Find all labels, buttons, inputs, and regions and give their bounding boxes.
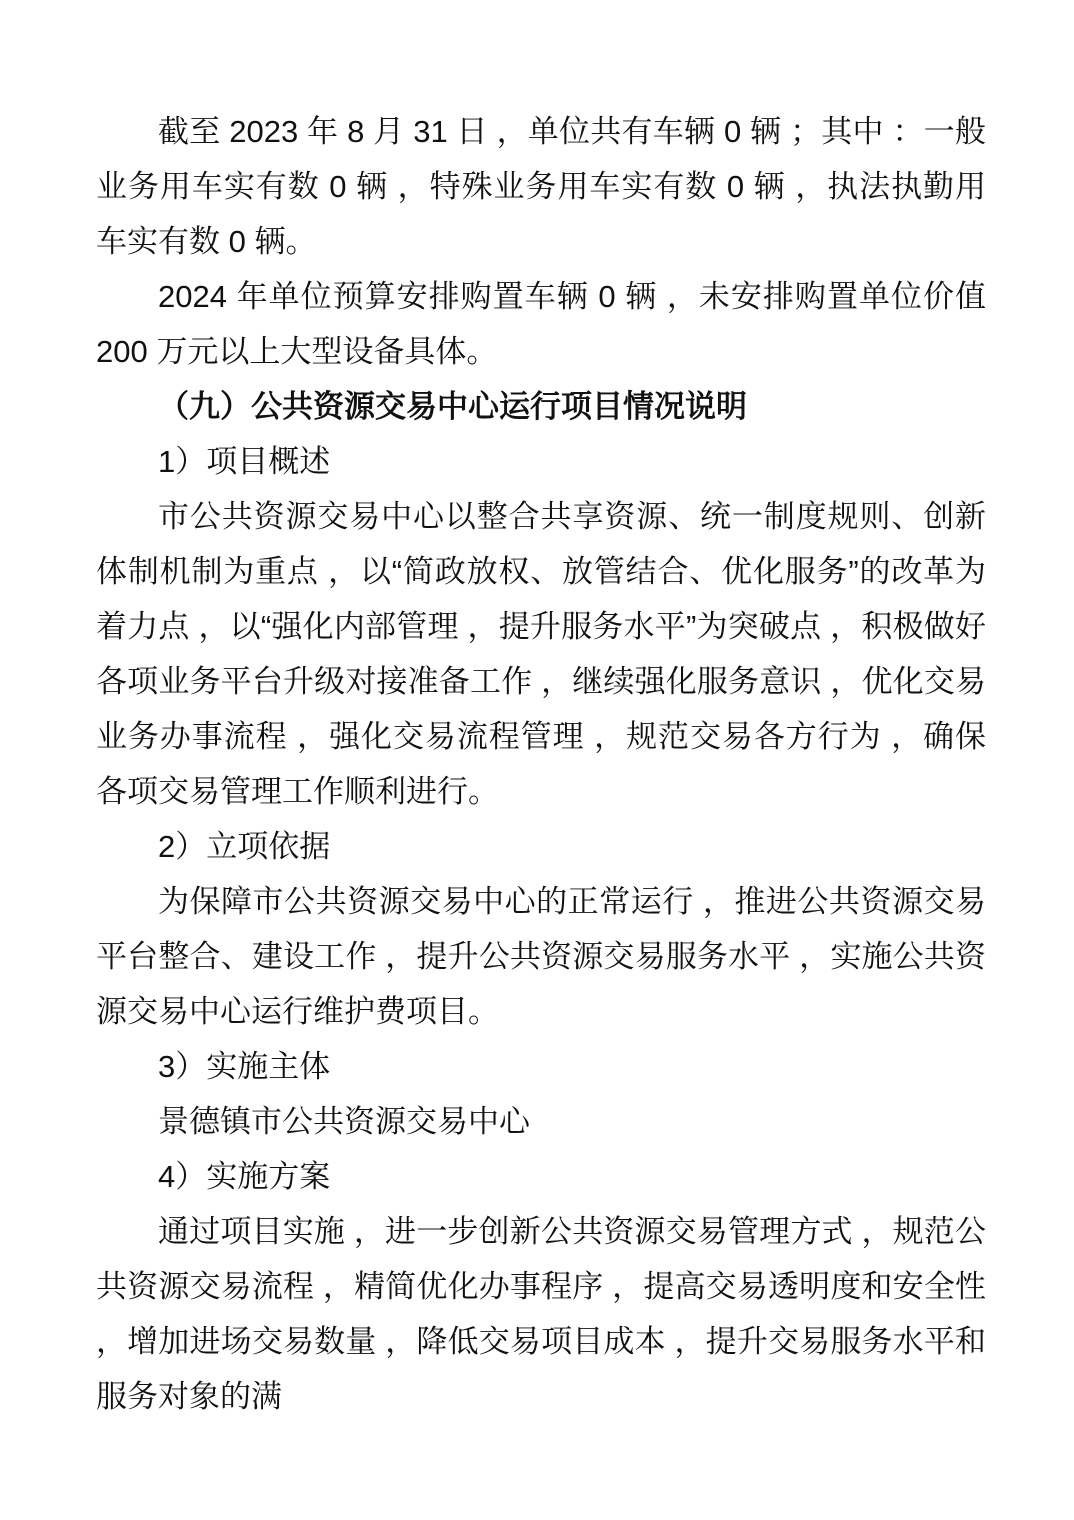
- paragraph-implementing-entity: 景德镇市公共资源交易中心: [96, 1094, 986, 1149]
- paragraph-implementation-plan: 通过项目实施 ，进一步创新公共资源交易管理方式 ，规范公共资源交易流程 ，精简优…: [96, 1204, 986, 1424]
- subheading-1-project-overview: 1）项目概述: [96, 434, 986, 489]
- section-heading-9: （九）公共资源交易中心运行项目情况说明: [96, 379, 986, 434]
- paragraph-vehicle-budget: 2024 年单位预算安排购置车辆 0 辆 ，未安排购置单位价值 200 万元以上…: [96, 269, 986, 379]
- paragraph-vehicle-count: 截至 2023 年 8 月 31 日 ，单位共有车辆 0 辆 ；其中 ：一般业务…: [96, 104, 986, 269]
- subheading-3-implementing-entity: 3）实施主体: [96, 1039, 986, 1094]
- subheading-4-implementation-plan: 4）实施方案: [96, 1149, 986, 1204]
- subheading-2-project-basis: 2）立项依据: [96, 819, 986, 874]
- paragraph-project-overview: 市公共资源交易中心以整合共享资源、统一制度规则、创新体制机制为重点 ，以“简政放…: [96, 489, 986, 819]
- paragraph-project-basis: 为保障市公共资源交易中心的正常运行 ，推进公共资源交易平台整合、建设工作 ，提升…: [96, 874, 986, 1039]
- document-content: 截至 2023 年 8 月 31 日 ，单位共有车辆 0 辆 ；其中 ：一般业务…: [96, 104, 986, 1424]
- document-page: 截至 2023 年 8 月 31 日 ，单位共有车辆 0 辆 ；其中 ：一般业务…: [0, 0, 1074, 1520]
